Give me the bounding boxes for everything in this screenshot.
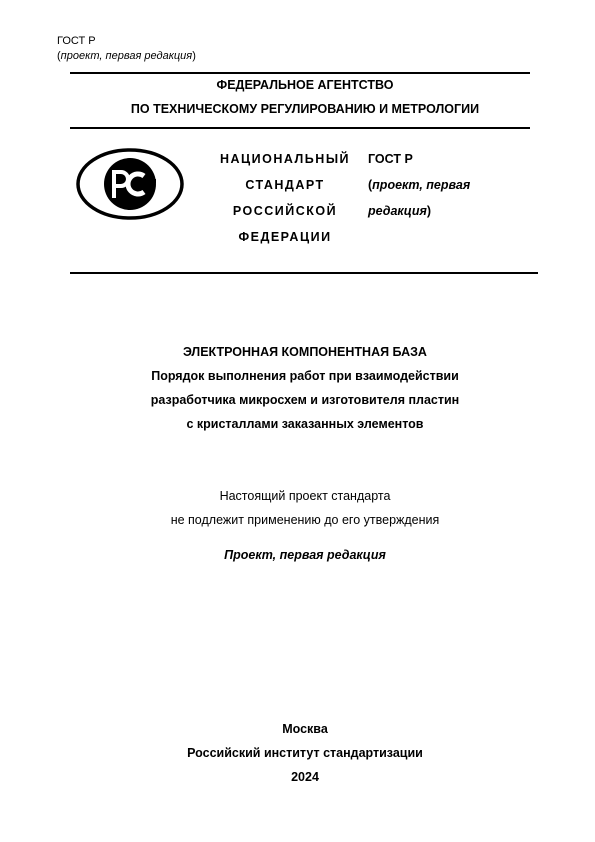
agency-line-2: ПО ТЕХНИЧЕСКОМУ РЕГУЛИРОВАНИЮ И МЕТРОЛОГ… [70,102,540,116]
agency-bottom-rule [70,127,530,129]
document-title: ЭЛЕКТРОННАЯ КОМПОНЕНТНАЯ БАЗА Порядок вы… [60,340,550,436]
top-rule [70,72,530,74]
agency-line-1: ФЕДЕРАЛЬНОЕ АГЕНТСТВО [70,78,540,92]
header-code: ГОСТ Р [57,34,196,49]
designation-bottom-rule [70,272,538,274]
edition-label: Проект, первая редакция [60,548,550,562]
publication-info: Москва Российский институт стандартизаци… [60,717,550,789]
rst-logo-icon [76,148,184,220]
publisher: Российский институт стандартизации [60,741,550,765]
header-status: (проект, первая редакция) [57,49,196,64]
national-standard-label: НАЦИОНАЛЬНЫЙ СТАНДАРТ РОССИЙСКОЙ ФЕДЕРАЦ… [210,146,360,250]
city: Москва [60,717,550,741]
draft-notice: Настоящий проект стандарта не подлежит п… [60,484,550,532]
document-header: ГОСТ Р (проект, первая редакция) [57,34,196,64]
year: 2024 [60,765,550,789]
standard-designation: ГОСТ Р (проект, первая редакция) [368,146,470,224]
